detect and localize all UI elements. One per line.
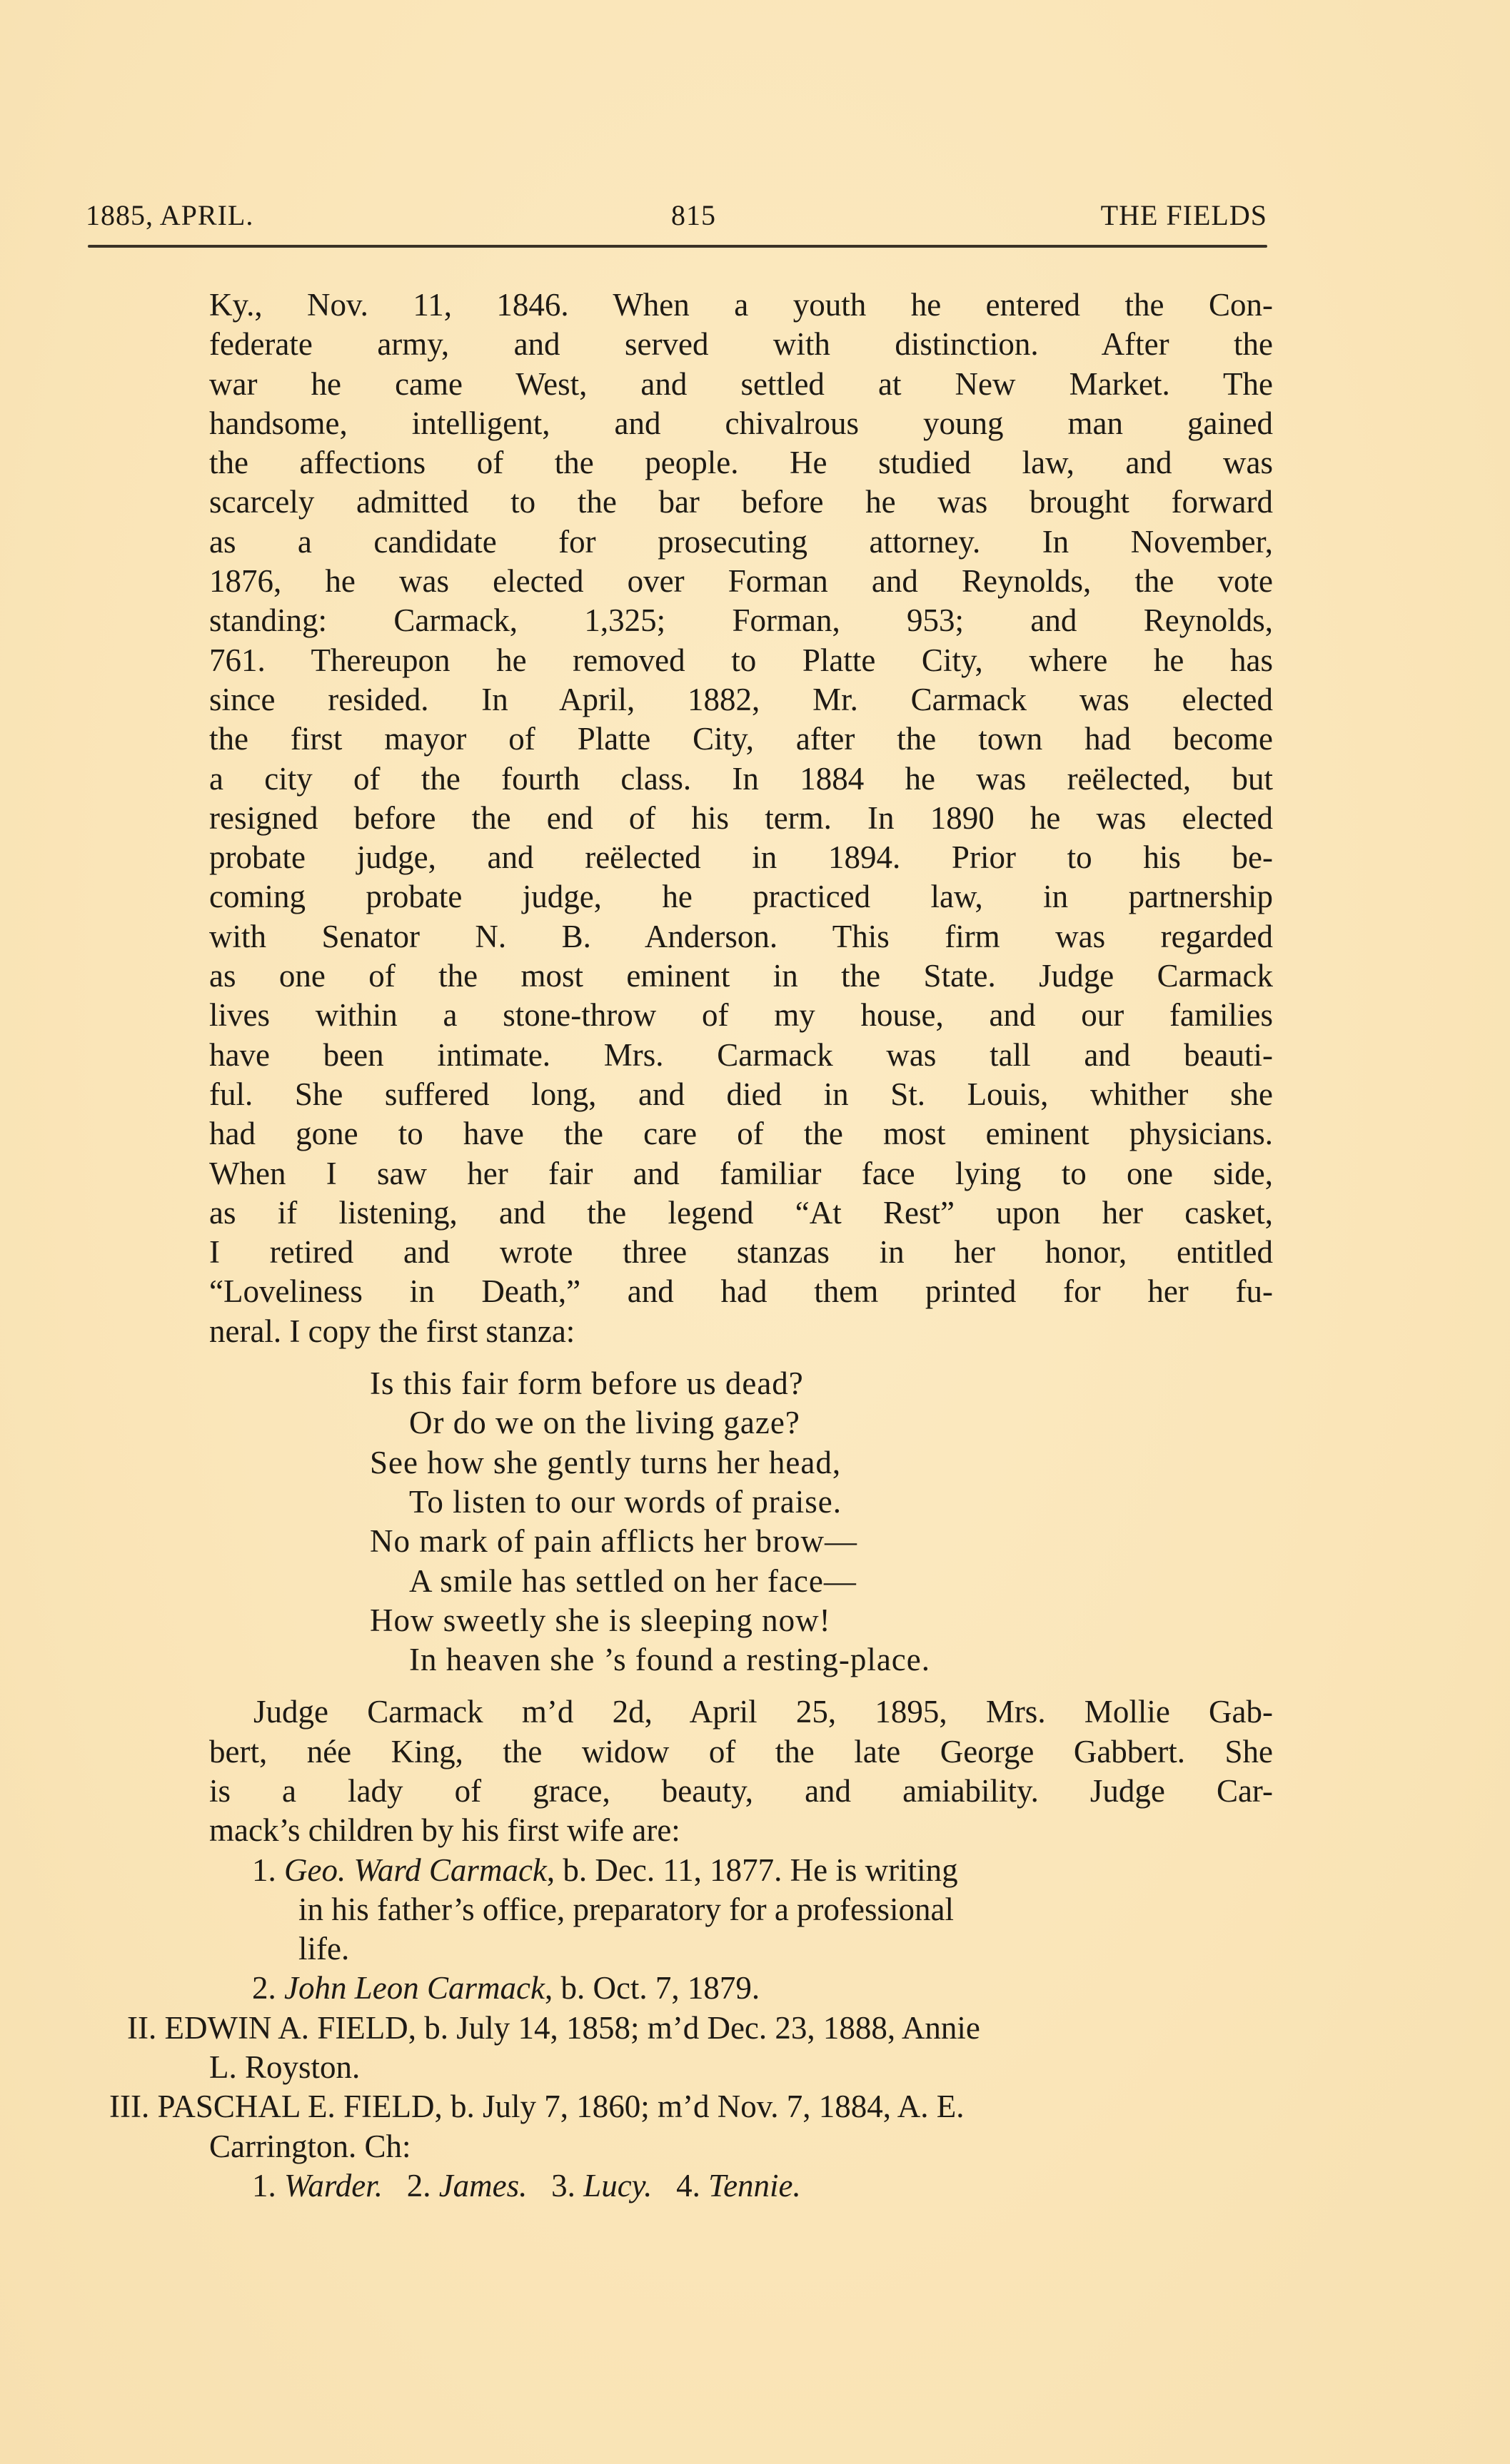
- text-line: I retired and wrote three stanzas in her…: [209, 1233, 1273, 1272]
- running-head: 1885, APRIL. 815 THE FIELDS: [86, 198, 1267, 234]
- child-name: Tennie.: [708, 2168, 801, 2203]
- text-line: a city of the fourth class. In 1884 he w…: [209, 759, 1273, 799]
- genealogy-entry: III. PASCHAL E. FIELD, b. July 7, 1860; …: [109, 2087, 1273, 2126]
- text-line: lives within a stone-throw of my house, …: [209, 996, 1273, 1035]
- text-line: handsome, intelligent, and chivalrous yo…: [209, 404, 1273, 443]
- text-line: as if listening, and the legend “At Rest…: [209, 1193, 1273, 1233]
- paragraph-carmack-biography: Ky., Nov. 11, 1846. When a youth he ente…: [209, 286, 1273, 1351]
- child-name: Warder.: [284, 2168, 383, 2203]
- text-line: Judge Carmack m’d 2d, April 25, 1895, Mr…: [209, 1692, 1273, 1732]
- child-name: John Leon Carmack: [284, 1970, 545, 2006]
- list-item: 1. Geo. Ward Carmack, b. Dec. 11, 1877. …: [209, 1851, 1273, 1890]
- genealogy-entry: II. EDWIN A. FIELD, b. July 14, 1858; m’…: [127, 2009, 1273, 2048]
- text-line: 761. Thereupon he removed to Platte City…: [209, 641, 1273, 680]
- poem-line: How sweetly she is sleeping now!: [370, 1601, 1273, 1640]
- text-line: bert, née King, the widow of the late Ge…: [209, 1732, 1273, 1772]
- text-line: federate army, and served with distincti…: [209, 325, 1273, 364]
- page-body: Ky., Nov. 11, 1846. When a youth he ente…: [209, 286, 1273, 2206]
- genealogy-entry-continuation: Carrington. Ch:: [209, 2127, 1273, 2166]
- text-line: 1876, he was elected over Forman and Rey…: [209, 562, 1273, 601]
- poem-line: A smile has settled on her face—: [370, 1562, 1273, 1601]
- poem-line: To listen to our words of praise.: [370, 1483, 1273, 1522]
- text-line: standing: Carmack, 1,325; Forman, 953; a…: [209, 601, 1273, 640]
- poem-line: Or do we on the living gaze?: [370, 1403, 1273, 1443]
- child-name: Lucy.: [583, 2168, 652, 2203]
- poem-line: Is this fair form before us dead?: [370, 1364, 1273, 1403]
- header-rule: [88, 245, 1267, 248]
- header-title: THE FIELDS: [1101, 198, 1267, 232]
- text-line: mack’s children by his first wife are:: [209, 1811, 1273, 1850]
- list-item-continuation: in his father’s office, preparatory for …: [209, 1890, 1273, 1929]
- paragraph-second-marriage: Judge Carmack m’d 2d, April 25, 1895, Mr…: [209, 1692, 1273, 1850]
- text-line: is a lady of grace, beauty, and amiabili…: [209, 1772, 1273, 1811]
- text-line: scarcely admitted to the bar before he w…: [209, 483, 1273, 522]
- list-item-continuation: life.: [209, 1929, 1273, 1969]
- text-line: resigned before the end of his term. In …: [209, 799, 1273, 838]
- poem-line: See how she gently turns her head,: [370, 1443, 1273, 1483]
- text-line: ful. She suffered long, and died in St. …: [209, 1075, 1273, 1114]
- text-line: Ky., Nov. 11, 1846. When a youth he ente…: [209, 286, 1273, 325]
- paschal-children-list: 1. Warder. 2. James. 3. Lucy. 4. Tennie.: [209, 2166, 1273, 2206]
- person-name: PASCHAL E. FIELD: [157, 2089, 434, 2124]
- person-name: EDWIN A. FIELD: [164, 2010, 408, 2046]
- text-line: war he came West, and settled at New Mar…: [209, 365, 1273, 404]
- text-line: had gone to have the care of the most em…: [209, 1114, 1273, 1153]
- genealogy-entry-continuation: L. Royston.: [209, 2048, 1273, 2087]
- text-line: as one of the most eminent in the State.…: [209, 956, 1273, 996]
- header-date: 1885, APRIL.: [86, 198, 253, 232]
- poem-line: In heaven she ’s found a resting-place.: [370, 1640, 1273, 1680]
- text-line: as a candidate for prosecuting attorney.…: [209, 522, 1273, 562]
- poem-stanza: Is this fair form before us dead? Or do …: [370, 1364, 1273, 1680]
- text-line: since resided. In April, 1882, Mr. Carma…: [209, 680, 1273, 719]
- carmack-children-list: 1. Geo. Ward Carmack, b. Dec. 11, 1877. …: [209, 1851, 1273, 2009]
- child-name: James.: [439, 2168, 528, 2203]
- text-line: neral. I copy the first stanza:: [209, 1312, 1273, 1351]
- child-name: Geo. Ward Carmack: [284, 1852, 547, 1888]
- text-line: the affections of the people. He studied…: [209, 443, 1273, 483]
- page-number: 815: [671, 198, 716, 232]
- text-line: have been intimate. Mrs. Carmack was tal…: [209, 1036, 1273, 1075]
- text-line: the first mayor of Platte City, after th…: [209, 719, 1273, 759]
- text-line: probate judge, and reëlected in 1894. Pr…: [209, 838, 1273, 877]
- field-entries: II. EDWIN A. FIELD, b. July 14, 1858; m’…: [209, 2009, 1273, 2206]
- text-line: When I saw her fair and familiar face ly…: [209, 1154, 1273, 1193]
- poem-line: No mark of pain afflicts her brow—: [370, 1522, 1273, 1561]
- text-line: coming probate judge, he practiced law, …: [209, 877, 1273, 917]
- text-line: with Senator N. B. Anderson. This firm w…: [209, 917, 1273, 956]
- text-line: “Loveliness in Death,” and had them prin…: [209, 1272, 1273, 1311]
- list-item: 2. John Leon Carmack, b. Oct. 7, 1879.: [209, 1969, 1273, 2008]
